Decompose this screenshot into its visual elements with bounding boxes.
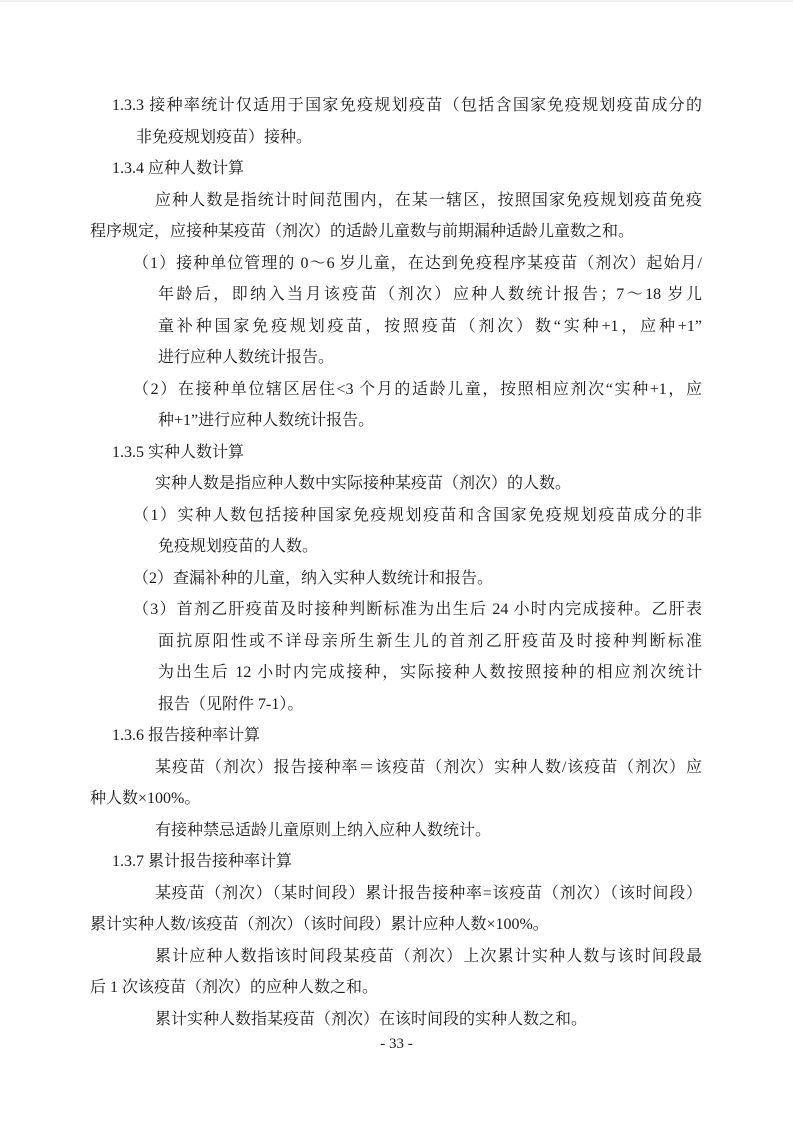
document-line: （1）接种单位管理的 0～6 岁儿童，在达到免疫程序某疫苗（剂次）起始月/ (90, 248, 702, 280)
document-line: 免疫规划疫苗的人数。 (90, 531, 702, 563)
document-line: 1.3.6 报告接种率计算 (90, 720, 702, 752)
document-line: 后 1 次该疫苗（剂次）的应种人数之和。 (90, 972, 702, 1004)
document-line: 实种人数是指应种人数中实际接种某疫苗（剂次）的人数。 (90, 468, 702, 500)
document-line: 报告（见附件 7-1）。 (90, 689, 702, 721)
document-line: （2）在接种单位辖区居住<3 个月的适龄儿童，按照相应剂次“实种+1，应 (90, 374, 702, 406)
page-top-edge (0, 0, 793, 2)
document-line: 年龄后，即纳入当月该疫苗（剂次）应种人数统计报告；7～18 岁儿 (90, 279, 702, 311)
document-line: 程序规定，应接种某疫苗（剂次）的适龄儿童数与前期漏种适龄儿童数之和。 (90, 216, 702, 248)
document-line: 应种人数是指统计时间范围内，在某一辖区，按照国家免疫规划疫苗免疫 (90, 185, 702, 217)
document-line: 某疫苗（剂次）（某时间段）累计报告接种率=该疫苗（剂次）（该时间段） (90, 878, 702, 910)
document-line: 某疫苗（剂次）报告接种率＝该疫苗（剂次）实种人数/该疫苗（剂次）应 (90, 752, 702, 784)
document-line: （3）首剂乙肝疫苗及时接种判断标准为出生后 24 小时内完成接种。乙肝表 (90, 594, 702, 626)
document-line: 1.3.4 应种人数计算 (90, 153, 702, 185)
document-line: 进行应种人数统计报告。 (90, 342, 702, 374)
document-line: 童补种国家免疫规划疫苗，按照疫苗（剂次）数“实种+1，应种+1” (90, 311, 702, 343)
document-line: 有接种禁忌适龄儿童原则上纳入应种人数统计。 (90, 815, 702, 847)
document-line: 为出生后 12 小时内完成接种，实际接种人数按照接种的相应剂次统计 (90, 657, 702, 689)
document-body: 1.3.3 接种率统计仅适用于国家免疫规划疫苗（包括含国家免疫规划疫苗成分的非免… (90, 90, 702, 1035)
document-line: 种人数×100%。 (90, 783, 702, 815)
document-line: 1.3.7 累计报告接种率计算 (90, 846, 702, 878)
document-line: 累计实种人数指某疫苗（剂次）在该时间段的实种人数之和。 (90, 1004, 702, 1036)
document-line: 种+1”进行应种人数统计报告。 (90, 405, 702, 437)
page-number: - 33 - (0, 1033, 793, 1055)
document-page: 1.3.3 接种率统计仅适用于国家免疫规划疫苗（包括含国家免疫规划疫苗成分的非免… (0, 0, 793, 1122)
document-line: 累计实种人数/该疫苗（剂次）（该时间段）累计应种人数×100%。 (90, 909, 702, 941)
document-line: 面抗原阳性或不详母亲所生新生儿的首剂乙肝疫苗及时接种判断标准 (90, 626, 702, 658)
document-line: 非免疫规划疫苗）接种。 (90, 122, 702, 154)
document-line: 累计应种人数指该时间段某疫苗（剂次）上次累计实种人数与该时间段最 (90, 941, 702, 973)
document-line: 1.3.5 实种人数计算 (90, 437, 702, 469)
document-line: （2）查漏补种的儿童，纳入实种人数统计和报告。 (90, 563, 702, 595)
document-line: 1.3.3 接种率统计仅适用于国家免疫规划疫苗（包括含国家免疫规划疫苗成分的 (90, 90, 702, 122)
document-line: （1）实种人数包括接种国家免疫规划疫苗和含国家免疫规划疫苗成分的非 (90, 500, 702, 532)
